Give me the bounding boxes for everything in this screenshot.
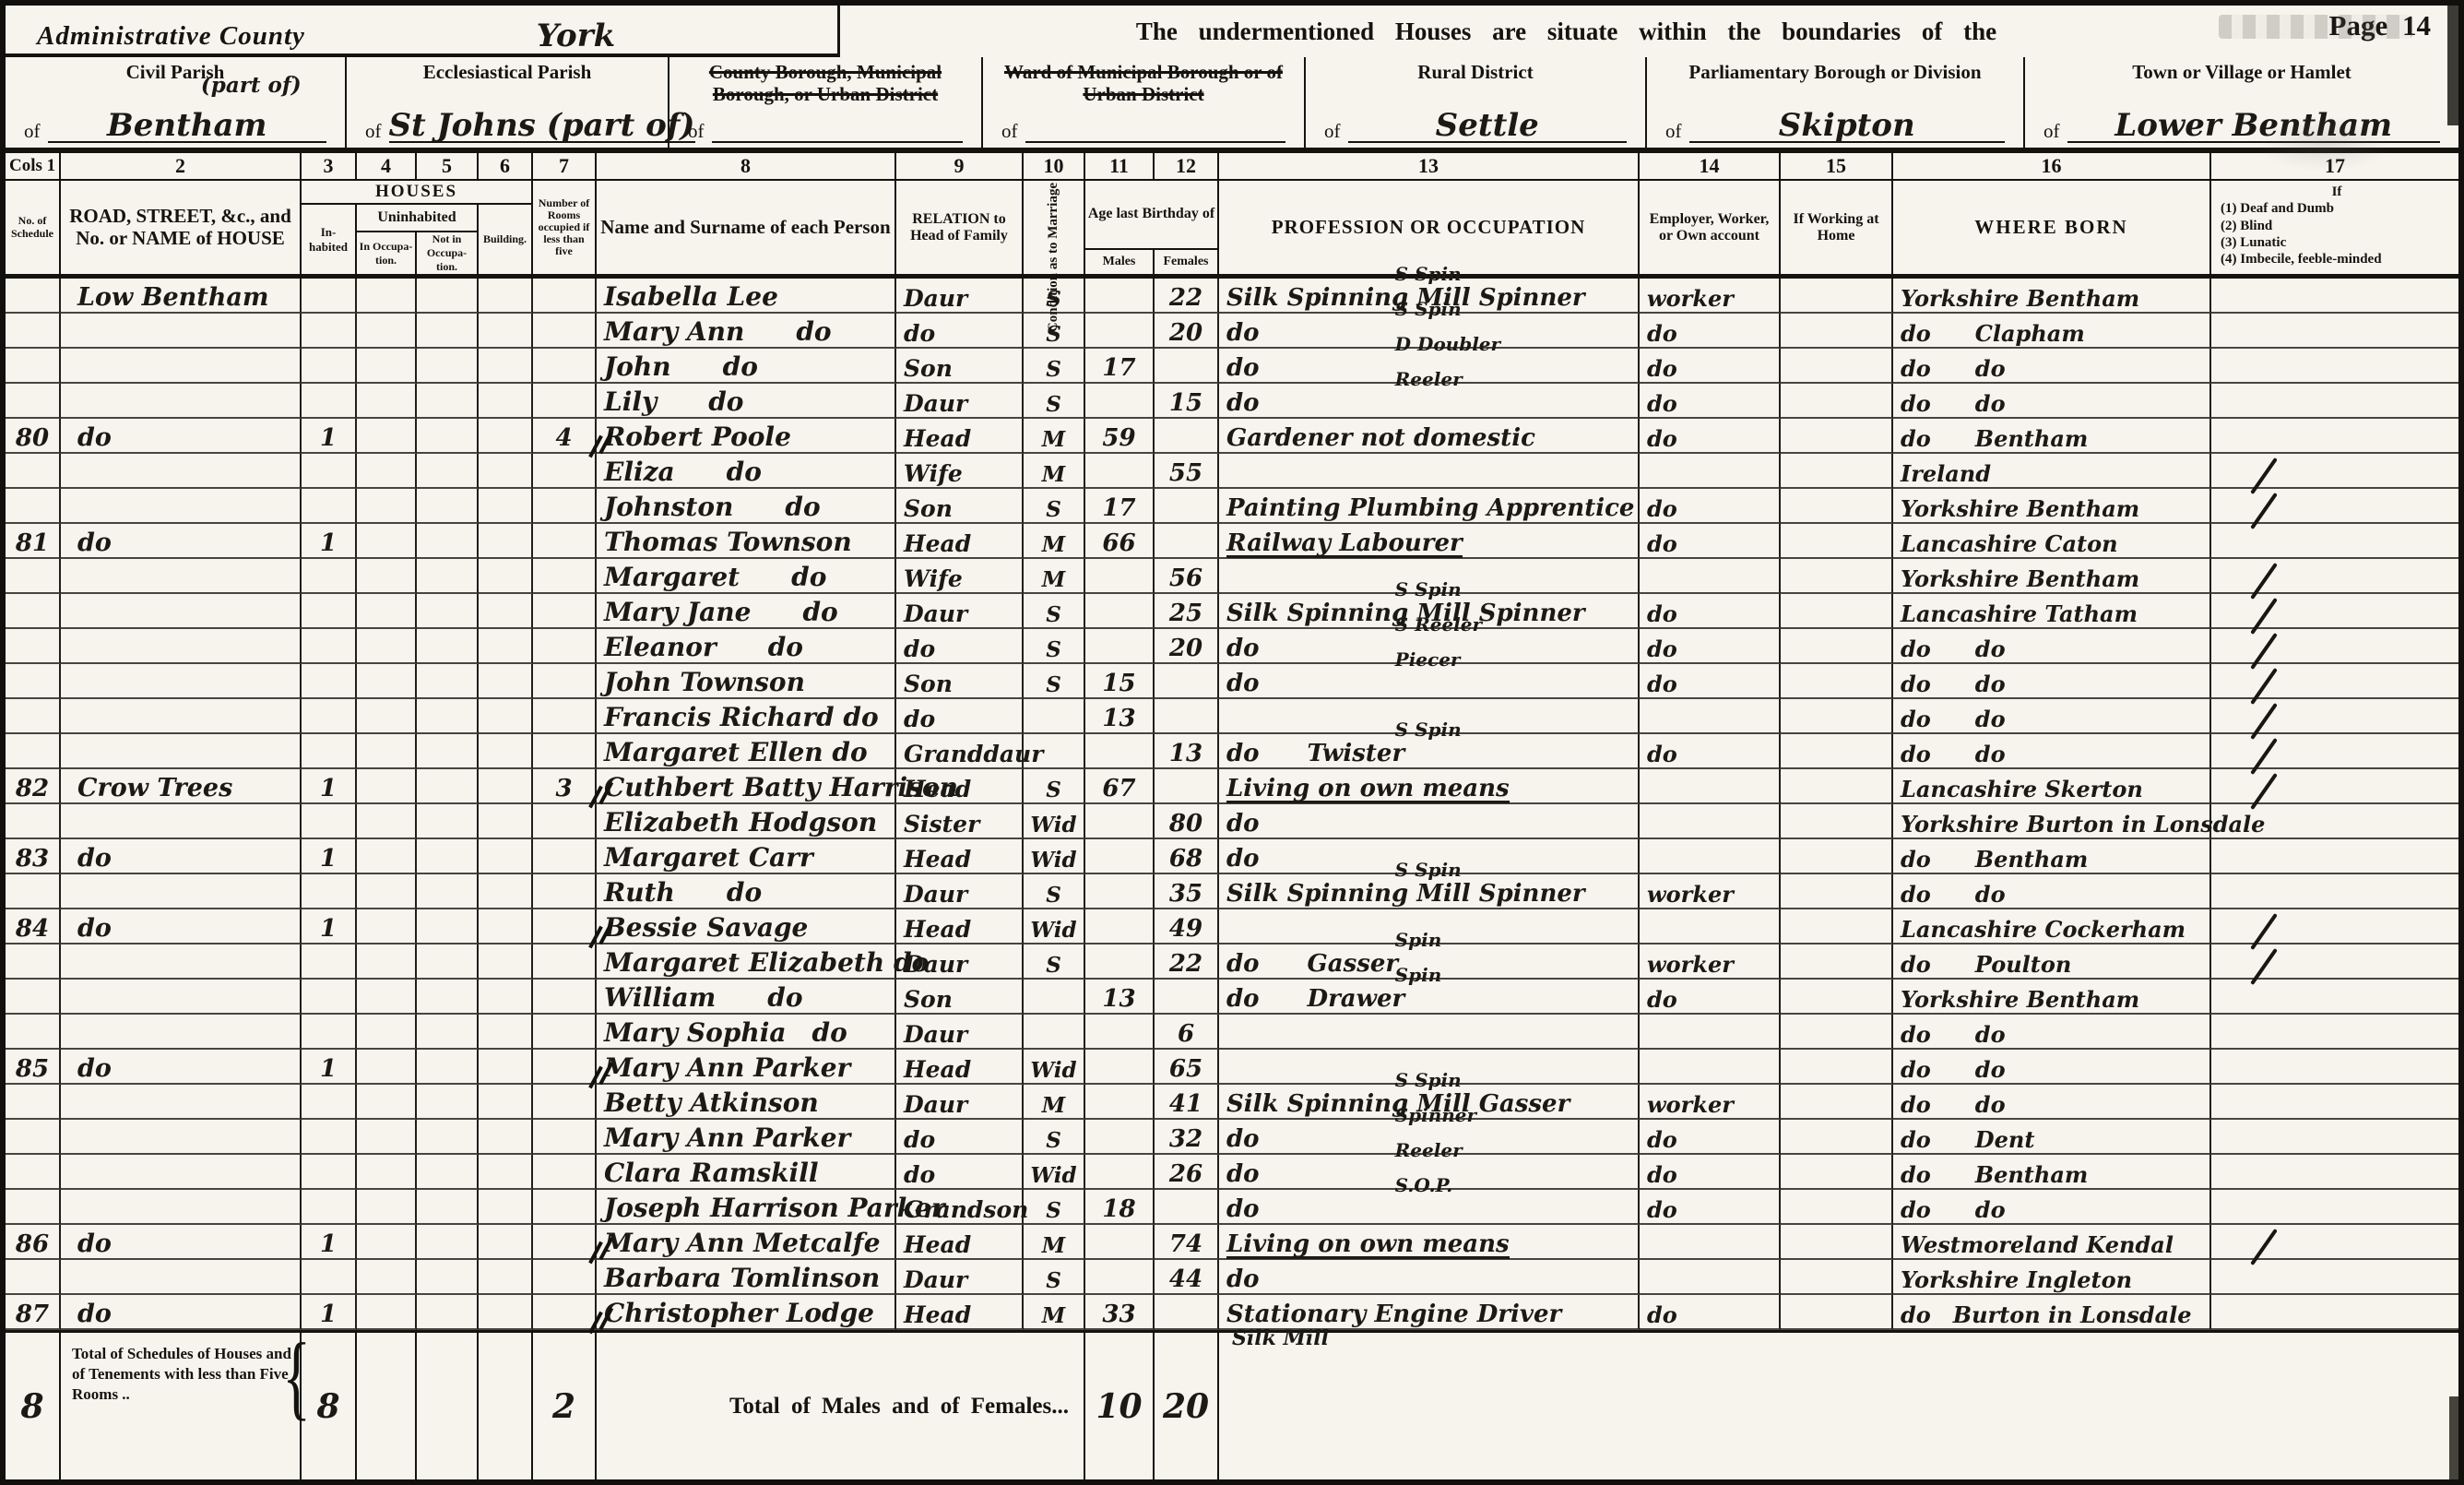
header-label: ROAD, STREET, &c., and No. or NAME of HO… bbox=[61, 181, 300, 274]
cell-working-at-home bbox=[1781, 804, 1893, 839]
cell-infirmity bbox=[2211, 839, 2458, 874]
cell-inhabited bbox=[302, 349, 357, 384]
cell-where-born: do Dent bbox=[1893, 1120, 2211, 1155]
cell-infirmity bbox=[2211, 980, 2458, 1015]
cell-age-male bbox=[1085, 384, 1155, 419]
header-group-age: 11 12 Age last Birthday of Males Females bbox=[1085, 153, 1219, 274]
cell-condition-marriage: M bbox=[1024, 559, 1085, 594]
occupation-text: do bbox=[1226, 671, 1260, 695]
district-value: Skipton bbox=[1779, 107, 1915, 144]
administrative-county-field: Administrative County York bbox=[6, 6, 840, 57]
occupation-annotation: Spin bbox=[1395, 931, 1442, 949]
district-label: Rural District bbox=[1306, 62, 1645, 84]
cell-name-surname: Clara Ramskill bbox=[597, 1155, 896, 1190]
cell-schedule-number bbox=[6, 489, 61, 524]
cell-condition-marriage bbox=[1024, 980, 1085, 1015]
cell-age-male bbox=[1085, 1015, 1155, 1050]
cell-name-surname: Cuthbert Batty Harrison bbox=[597, 769, 896, 804]
cell-age-male: 18 bbox=[1085, 1190, 1155, 1225]
cell-infirmity bbox=[2211, 1295, 2458, 1330]
cell-road-street bbox=[61, 594, 302, 629]
cell-age-male bbox=[1085, 909, 1155, 944]
table-row: Francis Richard dodo13do do bbox=[6, 699, 2458, 734]
table-row: 81do1Thomas TownsonHeadM66Railway Labour… bbox=[6, 524, 2458, 559]
cell-schedule-number bbox=[6, 1155, 61, 1190]
header-col-relation: 9 RELATION to Head of Family bbox=[896, 153, 1024, 274]
cell-uninhabited-not-occupation bbox=[417, 1190, 479, 1225]
cell-where-born: do do bbox=[1893, 1015, 2211, 1050]
occupation-text: Gardener not domestic bbox=[1226, 426, 1535, 450]
cell-age-female: 80 bbox=[1155, 804, 1219, 839]
cell-working-at-home bbox=[1781, 279, 1893, 314]
cell-relation: Daur bbox=[896, 1260, 1024, 1295]
cell-schedule-number: 86 bbox=[6, 1225, 61, 1260]
table-row: John TownsonSonS15doPiecerdodo do bbox=[6, 664, 2458, 699]
cell-employer-worker bbox=[1640, 804, 1781, 839]
col-number: 7 bbox=[533, 153, 595, 181]
cell-building bbox=[479, 980, 533, 1015]
cell-uninhabited-not-occupation bbox=[417, 1295, 479, 1330]
cell-uninhabited-in-occupation bbox=[357, 874, 417, 909]
cell-infirmity bbox=[2211, 314, 2458, 349]
district-parliamentary-borough: Parliamentary Borough or Division of Ski… bbox=[1647, 57, 2025, 148]
cell-where-born: do Bentham bbox=[1893, 1155, 2211, 1190]
males-females-row: Males Females bbox=[1085, 248, 1217, 274]
district-value-note: (part of) bbox=[201, 75, 302, 96]
cell-name-surname: Mary Jane do bbox=[597, 594, 896, 629]
occupation-text: do bbox=[1226, 812, 1260, 836]
cell-condition-marriage: Wid bbox=[1024, 909, 1085, 944]
district-label: Ecclesiastical Parish bbox=[347, 62, 668, 84]
cell-uninhabited-in-occupation bbox=[357, 1085, 417, 1120]
cols-label: Cols 1 bbox=[6, 153, 59, 181]
table-row: Clara RamskilldoWid26doReelerdodo Bentha… bbox=[6, 1155, 2458, 1190]
cell-uninhabited-in-occupation bbox=[357, 559, 417, 594]
cell-inhabited: 1 bbox=[302, 419, 357, 454]
cell-inhabited bbox=[302, 664, 357, 699]
cell-age-male: 59 bbox=[1085, 419, 1155, 454]
cell-profession-occupation: Painting Plumbing Apprentice bbox=[1219, 489, 1640, 524]
cell-condition-marriage: S bbox=[1024, 1260, 1085, 1295]
cell-where-born: Westmoreland Kendal bbox=[1893, 1225, 2211, 1260]
cell-employer-worker: worker bbox=[1640, 944, 1781, 980]
cell-uninhabited-not-occupation bbox=[417, 454, 479, 489]
total-schedules-number: 8 bbox=[20, 1390, 43, 1423]
occupation-text: do bbox=[1226, 1162, 1260, 1186]
cell-road-street bbox=[61, 489, 302, 524]
header-col-profession: 13 PROFESSION OR OCCUPATION bbox=[1219, 153, 1640, 274]
table-row: Lily doDaurS15doReelerdodo do bbox=[6, 384, 2458, 419]
cell-uninhabited-in-occupation bbox=[357, 1155, 417, 1190]
cell-building bbox=[479, 804, 533, 839]
occupation-text: Painting Plumbing Apprentice bbox=[1226, 496, 1634, 520]
table-row: Eleanor dodoS20doS Reelerdodo do bbox=[6, 629, 2458, 664]
cell-condition-marriage: S bbox=[1024, 349, 1085, 384]
cell-working-at-home bbox=[1781, 664, 1893, 699]
col-number: 12 bbox=[1155, 153, 1217, 179]
cell-inhabited: 1 bbox=[302, 769, 357, 804]
cell-inhabited bbox=[302, 1190, 357, 1225]
occupation-annotation: Spin bbox=[1395, 966, 1442, 984]
cell-condition-marriage: Wid bbox=[1024, 804, 1085, 839]
cell-name-surname: Lily do bbox=[597, 384, 896, 419]
cell-condition-marriage: S bbox=[1024, 594, 1085, 629]
cell-where-born: Lancashire Skerton bbox=[1893, 769, 2211, 804]
cell-uninhabited-not-occupation bbox=[417, 944, 479, 980]
cell-relation: Wife bbox=[896, 559, 1024, 594]
cell-inhabited: 1 bbox=[302, 909, 357, 944]
cell-building bbox=[479, 349, 533, 384]
header-label: If Working at Home bbox=[1781, 181, 1891, 274]
header-col-condition: 10 Condition as to Marriage bbox=[1024, 153, 1085, 274]
cell-condition-marriage bbox=[1024, 1015, 1085, 1050]
infirmity-line: (1) Deaf and Dumb bbox=[2221, 200, 2453, 217]
cell-where-born: Yorkshire Bentham bbox=[1893, 279, 2211, 314]
cell-employer-worker: do bbox=[1640, 629, 1781, 664]
cell-age-female: 26 bbox=[1155, 1155, 1219, 1190]
cell-inhabited: 1 bbox=[302, 1050, 357, 1085]
cell-age-male bbox=[1085, 944, 1155, 980]
cell-building bbox=[479, 1295, 533, 1330]
cell-age-female bbox=[1155, 419, 1219, 454]
cell-inhabited bbox=[302, 874, 357, 909]
header-label-in-occupation: In Occupa-tion. bbox=[357, 232, 417, 274]
occupation-annotation: Spinner bbox=[1395, 1106, 1476, 1124]
administrative-county-value-wrap: York bbox=[324, 20, 828, 52]
cell-relation: Daur bbox=[896, 1015, 1024, 1050]
cell-road-street bbox=[61, 349, 302, 384]
cell-uninhabited-in-occupation bbox=[357, 1015, 417, 1050]
cell-road-street bbox=[61, 314, 302, 349]
cell-age-female bbox=[1155, 769, 1219, 804]
cell-employer-worker bbox=[1640, 769, 1781, 804]
cell-name-surname: Joseph Harrison Parker bbox=[597, 1190, 896, 1225]
table-row: Joseph Harrison ParkerGrandsonS18doS.O.P… bbox=[6, 1190, 2458, 1225]
census-sheet: Administrative County York The underment… bbox=[0, 0, 2464, 1485]
total-males-number: 10 bbox=[1096, 1390, 1142, 1423]
cell-inhabited: 1 bbox=[302, 839, 357, 874]
cell-inhabited bbox=[302, 1015, 357, 1050]
cell-inhabited bbox=[302, 594, 357, 629]
cell-where-born: do Clapham bbox=[1893, 314, 2211, 349]
cell-condition-marriage: S bbox=[1024, 629, 1085, 664]
cell-where-born: do do bbox=[1893, 629, 2211, 664]
cell-rooms bbox=[533, 559, 597, 594]
cell-rooms bbox=[533, 384, 597, 419]
cell-working-at-home bbox=[1781, 734, 1893, 769]
cell-building bbox=[479, 874, 533, 909]
cell-age-male: 13 bbox=[1085, 699, 1155, 734]
infirmity-line: (4) Imbecile, feeble-minded bbox=[2221, 251, 2453, 267]
cell-infirmity bbox=[2211, 699, 2458, 734]
cell-road-street bbox=[61, 1190, 302, 1225]
district-of-line: of Bentham(part of) bbox=[24, 110, 326, 143]
cell-building bbox=[479, 839, 533, 874]
cell-name-surname: Mary Ann Parker bbox=[597, 1120, 896, 1155]
cell-uninhabited-in-occupation bbox=[357, 699, 417, 734]
cell-working-at-home bbox=[1781, 1190, 1893, 1225]
cell-inhabited bbox=[302, 489, 357, 524]
cell-inhabited bbox=[302, 944, 357, 980]
cell-uninhabited-in-occupation bbox=[357, 524, 417, 559]
cell-road-street bbox=[61, 1260, 302, 1295]
uninhabited-group: Uninhabited In Occupa-tion. Not in Occup… bbox=[357, 205, 479, 274]
cell-condition-marriage: S bbox=[1024, 1120, 1085, 1155]
cell-schedule-number: 81 bbox=[6, 524, 61, 559]
cell-uninhabited-not-occupation bbox=[417, 594, 479, 629]
district-label-struck: Ward of Municipal Borough or of Urban Di… bbox=[983, 62, 1304, 105]
cell-where-born: Yorkshire Bentham bbox=[1893, 980, 2211, 1015]
cell-uninhabited-in-occupation bbox=[357, 594, 417, 629]
cell-relation: do bbox=[896, 314, 1024, 349]
cell-age-male bbox=[1085, 629, 1155, 664]
cell-condition-marriage: S bbox=[1024, 384, 1085, 419]
cell-rooms bbox=[533, 1085, 597, 1120]
cell-age-female: 20 bbox=[1155, 314, 1219, 349]
cell-rooms bbox=[533, 594, 597, 629]
cell-profession-occupation: do bbox=[1219, 1260, 1640, 1295]
cell-road-street bbox=[61, 1120, 302, 1155]
cell-age-female bbox=[1155, 1190, 1219, 1225]
cell-uninhabited-not-occupation bbox=[417, 1015, 479, 1050]
cell-where-born: do do bbox=[1893, 1085, 2211, 1120]
occupation-annotation: Reeler bbox=[1395, 370, 1463, 388]
total-rooms-cell: 2 bbox=[533, 1333, 597, 1479]
cell-employer-worker: do bbox=[1640, 1190, 1781, 1225]
cell-age-male bbox=[1085, 804, 1155, 839]
cell-age-male: 67 bbox=[1085, 769, 1155, 804]
cell-uninhabited-in-occupation bbox=[357, 1295, 417, 1330]
cell-age-female: 20 bbox=[1155, 629, 1219, 664]
cell-working-at-home bbox=[1781, 980, 1893, 1015]
cell-building bbox=[479, 419, 533, 454]
cell-age-female: 49 bbox=[1155, 909, 1219, 944]
district-ward: Ward of Municipal Borough or of Urban Di… bbox=[983, 57, 1306, 148]
cell-where-born: Lancashire Cockerham bbox=[1893, 909, 2211, 944]
cell-road-street: do bbox=[61, 524, 302, 559]
cell-uninhabited-not-occupation bbox=[417, 839, 479, 874]
cell-uninhabited-in-occupation bbox=[357, 489, 417, 524]
cell-employer-worker: do bbox=[1640, 384, 1781, 419]
cell-uninhabited-in-occupation bbox=[357, 1050, 417, 1085]
cell-inhabited bbox=[302, 1155, 357, 1190]
header-col-road: 2 ROAD, STREET, &c., and No. or NAME of … bbox=[61, 153, 302, 274]
situate-statement: The undermentioned Houses are situate wi… bbox=[840, 6, 2458, 57]
header-col-working-home: 15 If Working at Home bbox=[1781, 153, 1893, 274]
cell-uninhabited-in-occupation bbox=[357, 454, 417, 489]
cell-infirmity bbox=[2211, 1085, 2458, 1120]
females-label: Females bbox=[1155, 250, 1217, 274]
cell-employer-worker: do bbox=[1640, 419, 1781, 454]
cell-road-street bbox=[61, 664, 302, 699]
cell-infirmity bbox=[2211, 1120, 2458, 1155]
cell-inhabited bbox=[302, 1085, 357, 1120]
cell-working-at-home bbox=[1781, 594, 1893, 629]
occupation-text: do bbox=[1226, 847, 1260, 871]
cell-where-born: do Bentham bbox=[1893, 839, 2211, 874]
cell-road-street: Low Bentham bbox=[61, 279, 302, 314]
cell-age-female bbox=[1155, 664, 1219, 699]
table-row: Margaret Elizabeth doDaurS22do GasserSpi… bbox=[6, 944, 2458, 980]
cell-infirmity bbox=[2211, 734, 2458, 769]
cell-condition-marriage: S bbox=[1024, 769, 1085, 804]
cell-road-street bbox=[61, 804, 302, 839]
cell-profession-occupation: doS.O.P. bbox=[1219, 1190, 1640, 1225]
total-inhabited-cell: 8 bbox=[302, 1333, 357, 1479]
cell-age-male bbox=[1085, 1260, 1155, 1295]
total-inhabited-number: 8 bbox=[316, 1390, 339, 1423]
occupation-text: Railway Labourer bbox=[1226, 531, 1463, 555]
cell-condition-marriage bbox=[1024, 734, 1085, 769]
cell-road-street bbox=[61, 1015, 302, 1050]
cell-road-street: do bbox=[61, 909, 302, 944]
cell-infirmity bbox=[2211, 804, 2458, 839]
cell-uninhabited-in-occupation bbox=[357, 419, 417, 454]
total-females-number: 20 bbox=[1163, 1390, 1209, 1423]
cell-schedule-number: 87 bbox=[6, 1295, 61, 1330]
cell-road-street bbox=[61, 874, 302, 909]
cell-employer-worker: worker bbox=[1640, 874, 1781, 909]
occupation-text: do bbox=[1226, 1267, 1260, 1291]
cell-uninhabited-in-occupation bbox=[357, 909, 417, 944]
cell-age-female bbox=[1155, 980, 1219, 1015]
cell-working-at-home bbox=[1781, 1295, 1893, 1330]
cell-infirmity bbox=[2211, 419, 2458, 454]
top-band: Administrative County York The underment… bbox=[6, 6, 2458, 57]
cell-rooms bbox=[533, 1120, 597, 1155]
cell-building bbox=[479, 524, 533, 559]
total-schedules-label-cell: Total of Schedules of Houses and of Tene… bbox=[61, 1333, 302, 1479]
cell-inhabited: 1 bbox=[302, 524, 357, 559]
table-row: 80do14Robert PooleHeadM59Gardener not do… bbox=[6, 419, 2458, 454]
cell-uninhabited-in-occupation bbox=[357, 804, 417, 839]
cell-employer-worker bbox=[1640, 1260, 1781, 1295]
cell-schedule-number: 84 bbox=[6, 909, 61, 944]
cell-condition-marriage: M bbox=[1024, 1225, 1085, 1260]
cell-schedule-number: 85 bbox=[6, 1050, 61, 1085]
col-number: 14 bbox=[1640, 153, 1779, 181]
table-row: Margaret doWifeM56Yorkshire Bentham bbox=[6, 559, 2458, 594]
cell-name-surname: Ruth do bbox=[597, 874, 896, 909]
cell-name-surname: Bessie Savage bbox=[597, 909, 896, 944]
cell-age-male bbox=[1085, 1120, 1155, 1155]
cell-where-born: do do bbox=[1893, 874, 2211, 909]
cell-age-male: 15 bbox=[1085, 664, 1155, 699]
cell-uninhabited-in-occupation bbox=[357, 384, 417, 419]
col-number: 3 bbox=[302, 153, 357, 179]
cell-working-at-home bbox=[1781, 874, 1893, 909]
cell-road-street: Crow Trees bbox=[61, 769, 302, 804]
cell-name-surname: Johnston do bbox=[597, 489, 896, 524]
cell-uninhabited-not-occupation bbox=[417, 349, 479, 384]
cell-age-female: 68 bbox=[1155, 839, 1219, 874]
cell-profession-occupation: Railway Labourer bbox=[1219, 524, 1640, 559]
district-label: Parliamentary Borough or Division bbox=[1647, 62, 2023, 84]
cell-relation: Head bbox=[896, 769, 1024, 804]
cell-relation: Head bbox=[896, 1295, 1024, 1330]
table-header: Cols 1 No. of Schedule 2 ROAD, STREET, &… bbox=[6, 153, 2458, 279]
table-row: Elizabeth HodgsonSisterWid80doYorkshire … bbox=[6, 804, 2458, 839]
cell-age-male: 66 bbox=[1085, 524, 1155, 559]
cell-building bbox=[479, 1225, 533, 1260]
cell-infirmity bbox=[2211, 1155, 2458, 1190]
cell-name-surname: Mary Ann do bbox=[597, 314, 896, 349]
age-label: Age last Birthday of bbox=[1085, 181, 1217, 248]
cell-rooms bbox=[533, 454, 597, 489]
cell-infirmity bbox=[2211, 279, 2458, 314]
table-row: Barbara TomlinsonDaurS44doYorkshire Ingl… bbox=[6, 1260, 2458, 1295]
cell-road-street: do bbox=[61, 839, 302, 874]
cell-schedule-number bbox=[6, 734, 61, 769]
cell-employer-worker: do bbox=[1640, 314, 1781, 349]
cell-age-female: 25 bbox=[1155, 594, 1219, 629]
col-number: 10 bbox=[1024, 153, 1084, 181]
header-group-houses: 3 4 5 6 HOUSES In-habited Uninhabited In… bbox=[302, 153, 533, 274]
cell-working-at-home bbox=[1781, 314, 1893, 349]
cell-rooms bbox=[533, 944, 597, 980]
cell-rooms bbox=[533, 279, 597, 314]
cell-age-female bbox=[1155, 489, 1219, 524]
cell-infirmity bbox=[2211, 769, 2458, 804]
cell-age-male bbox=[1085, 1225, 1155, 1260]
cell-rooms bbox=[533, 489, 597, 524]
cell-uninhabited-in-occupation bbox=[357, 349, 417, 384]
cell-road-street: do bbox=[61, 1295, 302, 1330]
header-label: Name and Surname of each Person bbox=[597, 181, 894, 274]
cell-rooms bbox=[533, 349, 597, 384]
cell-employer-worker bbox=[1640, 1225, 1781, 1260]
district-civil-parish: Civil Parish of Bentham(part of) bbox=[6, 57, 347, 148]
occupation-text: do Twister bbox=[1226, 742, 1404, 766]
cell-road-street bbox=[61, 1085, 302, 1120]
occupation-text: Living on own means bbox=[1226, 1232, 1510, 1256]
occupation-text: do bbox=[1226, 321, 1260, 345]
cell-where-born: do do bbox=[1893, 1050, 2211, 1085]
scan-edge-artifact bbox=[2447, 6, 2458, 125]
cell-infirmity bbox=[2211, 349, 2458, 384]
cell-employer-worker: do bbox=[1640, 594, 1781, 629]
cell-condition-marriage: M bbox=[1024, 419, 1085, 454]
cell-employer-worker bbox=[1640, 1050, 1781, 1085]
cell-employer-worker: worker bbox=[1640, 1085, 1781, 1120]
cell-inhabited bbox=[302, 1120, 357, 1155]
header-col-name: 8 Name and Surname of each Person bbox=[597, 153, 896, 274]
cell-condition-marriage: S bbox=[1024, 1190, 1085, 1225]
cell-schedule-number bbox=[6, 454, 61, 489]
cell-inhabited bbox=[302, 980, 357, 1015]
cell-where-born: Yorkshire Ingleton bbox=[1893, 1260, 2211, 1295]
cell-name-surname: Margaret do bbox=[597, 559, 896, 594]
cell-infirmity bbox=[2211, 489, 2458, 524]
cell-name-surname: Eliza do bbox=[597, 454, 896, 489]
cell-relation: Grandson bbox=[896, 1190, 1024, 1225]
cell-name-surname: William do bbox=[597, 980, 896, 1015]
cell-schedule-number bbox=[6, 384, 61, 419]
cell-profession-occupation: do TwisterS Spin bbox=[1219, 734, 1640, 769]
cell-rooms bbox=[533, 1295, 597, 1330]
cell-building bbox=[479, 559, 533, 594]
district-band: Civil Parish of Bentham(part of) Ecclesi… bbox=[6, 57, 2458, 153]
cell-age-female bbox=[1155, 699, 1219, 734]
table-row: 85do1Mary Ann ParkerHeadWid65do do bbox=[6, 1050, 2458, 1085]
cell-uninhabited-in-occupation bbox=[357, 1120, 417, 1155]
cell-schedule-number bbox=[6, 1190, 61, 1225]
cell-uninhabited-not-occupation bbox=[417, 1260, 479, 1295]
col-number: 15 bbox=[1781, 153, 1891, 181]
cell-age-female: 44 bbox=[1155, 1260, 1219, 1295]
cell-employer-worker bbox=[1640, 839, 1781, 874]
cell-road-street bbox=[61, 454, 302, 489]
